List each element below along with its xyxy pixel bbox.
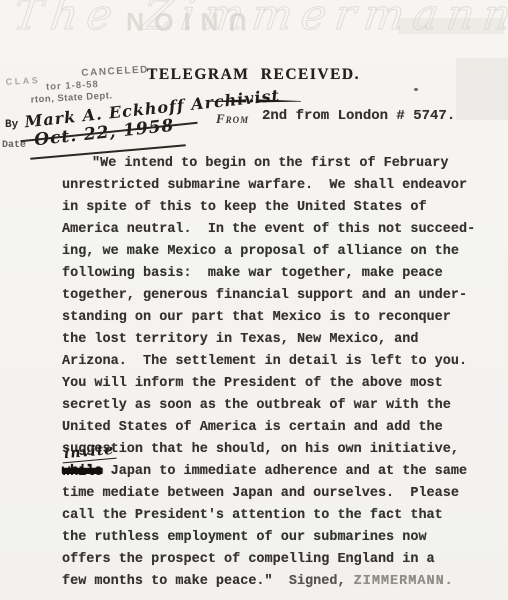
bleed-through-union-text: UNION xyxy=(116,6,247,35)
stamp-date-label: Date xyxy=(2,140,26,151)
from-label: From xyxy=(216,111,249,127)
body-line: suggestion that he should, on his own in… xyxy=(62,439,482,461)
struck-out-word: while xyxy=(62,464,103,479)
body-line-continuation: Japan to immediate adherence and at the … xyxy=(103,464,468,479)
closing-text: few months to make peace." xyxy=(62,574,289,589)
closing-line: few months to make peace." Signed, ZIMME… xyxy=(62,571,482,593)
bleed-through-band xyxy=(456,58,508,120)
body-line: unrestricted submarine warfare. We shall… xyxy=(62,175,482,197)
body-line: You will inform the President of the abo… xyxy=(62,373,482,395)
bleed-through-band xyxy=(398,18,504,34)
body-line: "We intend to begin on the first of Febr… xyxy=(62,153,482,175)
body-line: America neutral. In the event of this no… xyxy=(62,219,482,241)
body-line: secretly as soon as the outbreak of war … xyxy=(62,395,482,417)
body-line: time mediate between Japan and ourselves… xyxy=(62,483,482,505)
body-line: standing on our part that Mexico is to r… xyxy=(62,307,482,329)
body-line: call the President's attention to the fa… xyxy=(62,505,482,527)
body-line: United States of America is certain and … xyxy=(62,417,482,439)
telegram-body: "We intend to begin on the first of Febr… xyxy=(62,153,482,593)
body-line: offers the prospect of compelling Englan… xyxy=(62,549,482,571)
from-value: 2nd from London # 5747. xyxy=(262,108,455,124)
document-title: TELEGRAM RECEIVED. xyxy=(147,66,360,84)
body-line: following basis: make war together, make… xyxy=(62,263,482,285)
signature-name: ZIMMERMANN. xyxy=(354,574,454,589)
body-line: Arizona. The settlement in detail is lef… xyxy=(62,351,482,373)
body-line: in spite of this to keep the United Stat… xyxy=(62,197,482,219)
stamp-by-label: By xyxy=(5,119,18,131)
signed-label: Signed, xyxy=(289,574,354,589)
body-line: the ruthless employment of our submarine… xyxy=(62,527,482,549)
body-line-with-correction: while Japan to immediate adherence and a… xyxy=(62,461,482,483)
stamp-classification-fragment: CLAS xyxy=(5,75,40,87)
body-line: the lost territory in Texas, New Mexico,… xyxy=(62,329,482,351)
stamp-canceled-text: CANCELED xyxy=(81,64,149,79)
stamp-department-text: rton, State Dept. xyxy=(30,90,112,105)
body-line: ing, we make Mexico a proposal of allian… xyxy=(62,241,482,263)
body-line: together, generous financial support and… xyxy=(62,285,482,307)
telegram-document: The Zimmermann UNION CLAS CANCELED tor 1… xyxy=(0,0,508,600)
ink-speck xyxy=(414,88,418,91)
